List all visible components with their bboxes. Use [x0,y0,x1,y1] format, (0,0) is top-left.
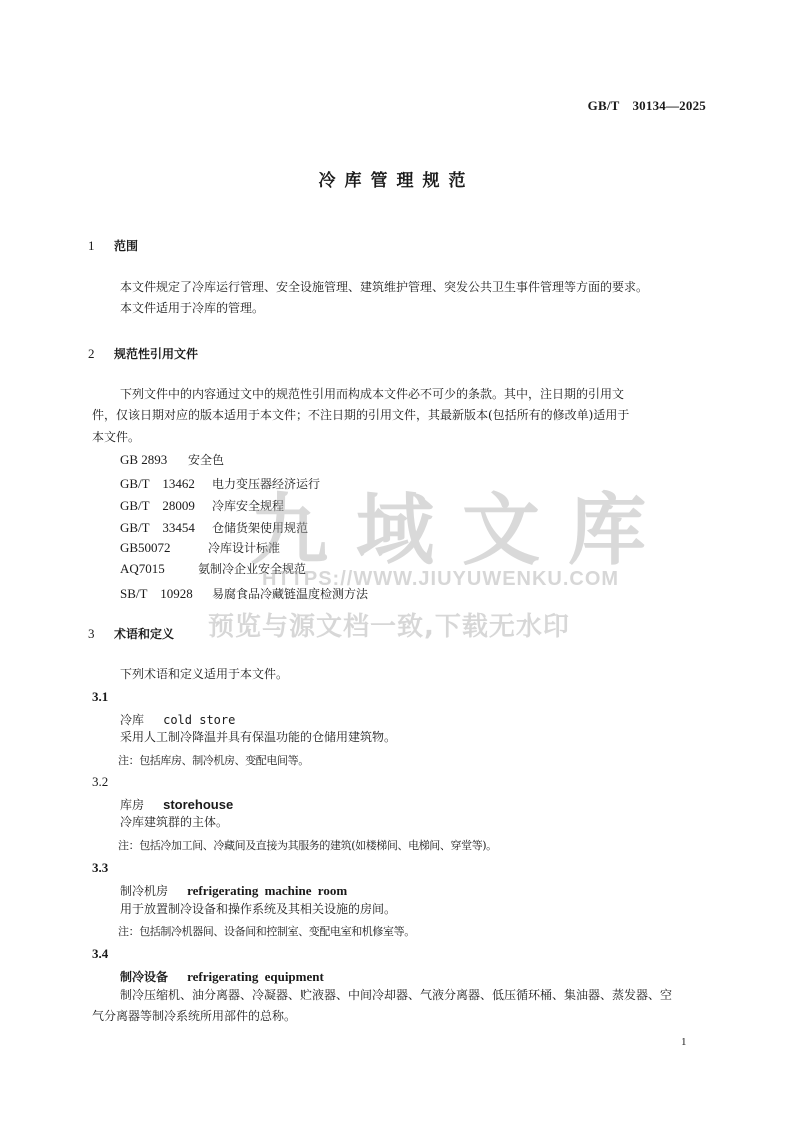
section-number: 2 [88,346,114,362]
section-title: 规范性引用文件 [114,347,198,361]
reference-item: GB 2893安全色 [120,451,224,468]
term-english: storehouse [163,797,233,812]
term-english: refrigerating machine room [187,883,347,898]
reference-code: GB/T 28009 [120,495,212,514]
term-chinese: 制冷设备 [120,970,168,984]
term-number: 3.4 [92,946,108,962]
term-note: 注：包括制冷机器间、设备间和控制室、变配电室和机修室等。 [118,923,415,939]
term-chinese: 制冷机房 [120,884,168,898]
section-title: 范围 [114,239,138,253]
term-heading: 制冷设备 refrigerating equipment [120,966,324,985]
terms-intro: 下列术语和定义适用于本文件。 [120,664,288,685]
reference-title: 冷库安全规程 [212,499,284,513]
reference-code: GB50072 [120,540,208,556]
reference-title: 冷库设计标准 [208,541,280,555]
reference-code: GB/T 33454 [120,517,212,536]
reference-code: GB 2893 [120,452,188,468]
term-heading: 制冷机房 refrigerating machine room [120,880,347,899]
page-number: 1 [681,1036,687,1048]
reference-item: SB/T 10928易腐食品冷藏链温度检测方法 [120,583,368,602]
term-definition: 用于放置制冷设备和操作系统及其相关设施的房间。 [120,899,396,920]
term-heading: 库房 storehouse [120,794,233,813]
reference-code: SB/T 10928 [120,583,212,602]
scope-paragraph-2: 本文件适用于冷库的管理。 [120,298,264,319]
section-1-heading: 1范围 [88,237,138,254]
term-chinese: 冷库 [120,713,144,727]
term-definition-line-1: 制冷压缩机、油分离器、冷凝器、贮液器、中间冷却器、气液分离器、低压循环桶、集油器… [120,985,672,1006]
document-title: 冷库管理规范 [0,166,793,191]
section-number: 3 [88,626,114,642]
standard-number: GB/T 30134—2025 [588,95,706,114]
references-intro-line-3: 本文件。 [92,427,140,448]
reference-code: GB/T 13462 [120,473,212,492]
reference-title: 仓储货架使用规范 [212,521,308,535]
reference-item: GB/T 28009冷库安全规程 [120,495,284,514]
term-note: 注：包括冷加工间、冷藏间及直接为其服务的建筑(如楼梯间、电梯间、穿堂等)。 [118,837,497,853]
term-note: 注：包括库房、制冷机房、变配电间等。 [118,752,309,768]
term-number: 3.3 [92,860,108,876]
term-chinese: 库房 [120,798,144,812]
term-definition-line-2: 气分离器等制冷系统所用部件的总称。 [92,1006,296,1027]
reference-title: 电力变压器经济运行 [212,477,320,491]
reference-code: AQ7015 [120,561,198,577]
section-3-heading: 3术语和定义 [88,625,174,642]
section-number: 1 [88,238,114,254]
term-definition: 采用人工制冷降温并具有保温功能的仓储用建筑物。 [120,727,396,748]
section-2-heading: 2规范性引用文件 [88,345,198,362]
term-number: 3.2 [92,774,108,790]
reference-title: 氨制冷企业安全规范 [198,562,306,576]
watermark-slogan: 预览与源文档一致,下载无水印 [208,606,570,643]
term-english: cold store [163,713,235,727]
references-intro-line-2: 件，仅该日期对应的版本适用于本文件；不注日期的引用文件，其最新版本(包括所有的修… [92,405,629,426]
reference-item: GB50072冷库设计标准 [120,539,280,556]
reference-title: 安全色 [188,453,224,467]
reference-title: 易腐食品冷藏链温度检测方法 [212,587,368,601]
reference-item: AQ7015氨制冷企业安全规范 [120,560,306,577]
reference-item: GB/T 13462电力变压器经济运行 [120,473,320,492]
term-definition: 冷库建筑群的主体。 [120,812,228,833]
references-intro-line-1: 下列文件中的内容通过文中的规范性引用而构成本文件必不可少的条款。其中，注日期的引… [120,384,624,405]
reference-item: GB/T 33454仓储货架使用规范 [120,517,308,536]
term-heading: 冷库 cold store [120,709,235,728]
term-english: refrigerating equipment [187,969,324,984]
section-title: 术语和定义 [114,627,174,641]
scope-paragraph-1: 本文件规定了冷库运行管理、安全设施管理、建筑维护管理、突发公共卫生事件管理等方面… [120,277,648,298]
term-number: 3.1 [92,689,108,705]
